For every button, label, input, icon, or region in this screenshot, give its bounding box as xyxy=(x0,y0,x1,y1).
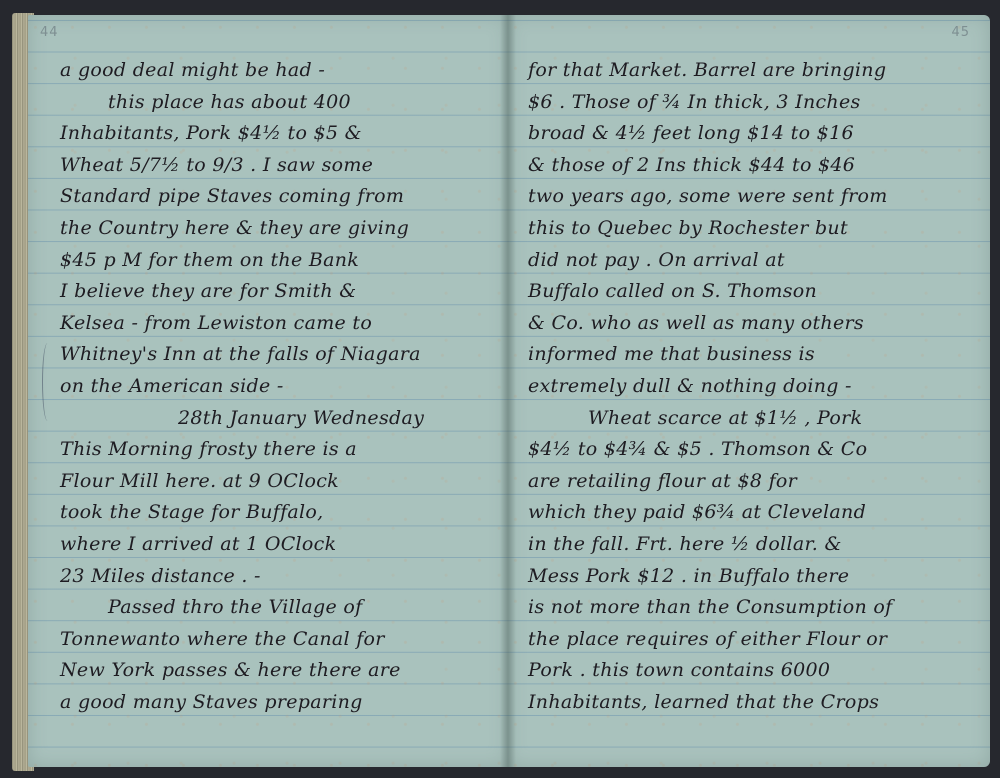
text-line: broad & 4½ feet long $14 to $16 xyxy=(508,118,990,150)
text-line: & those of 2 Ins thick $44 to $46 xyxy=(508,150,990,182)
page-number-left: 44 xyxy=(40,25,59,40)
text-line: took the Stage for Buffalo, xyxy=(28,497,508,529)
text-line: Tonnewanto where the Canal for xyxy=(28,624,508,656)
text-line: Standard pipe Staves coming from xyxy=(28,181,508,213)
text-line: Passed thro the Village of xyxy=(28,592,508,624)
text-line: are retailing flour at $8 for xyxy=(508,466,990,498)
left-page: 44 a good deal might be had - this place… xyxy=(28,15,508,767)
text-line: the Country here & they are giving xyxy=(28,213,508,245)
text-line: Inhabitants, learned that the Crops xyxy=(508,687,990,719)
binding-gutter xyxy=(500,15,516,767)
text-line: This Morning frosty there is a xyxy=(28,434,508,466)
text-line: & Co. who as well as many others xyxy=(508,308,990,340)
text-line: Pork . this town contains 6000 xyxy=(508,655,990,687)
text-line: this place has about 400 xyxy=(28,87,508,119)
text-line: Flour Mill here. at 9 OClock xyxy=(28,466,508,498)
page-number-right: 45 xyxy=(951,25,970,40)
text-line: $45 p M for them on the Bank xyxy=(28,245,508,277)
text-line: where I arrived at 1 OClock xyxy=(28,529,508,561)
right-page: 45 for that Market. Barrel are bringing … xyxy=(508,15,990,767)
text-line: $6 . Those of ¾ In thick, 3 Inches xyxy=(508,87,990,119)
text-line: which they paid $6¾ at Cleveland xyxy=(508,497,990,529)
date-heading: 28th January Wednesday xyxy=(28,403,508,435)
text-line: New York passes & here there are xyxy=(28,655,508,687)
text-line: extremely dull & nothing doing - xyxy=(508,371,990,403)
text-line: two years ago, some were sent from xyxy=(508,181,990,213)
text-line: Wheat scarce at $1½ , Pork xyxy=(508,403,990,435)
text-line: a good many Staves preparing xyxy=(28,687,508,719)
text-line: informed me that business is xyxy=(508,339,990,371)
text-line: the place requires of either Flour or xyxy=(508,624,990,656)
text-line: did not pay . On arrival at xyxy=(508,245,990,277)
text-line: Inhabitants, Pork $4½ to $5 & xyxy=(28,118,508,150)
text-line: $4½ to $4¾ & $5 . Thomson & Co xyxy=(508,434,990,466)
text-line: for that Market. Barrel are bringing xyxy=(508,55,990,87)
text-line: on the American side - xyxy=(28,371,508,403)
text-line: Wheat 5/7½ to 9/3 . I saw some xyxy=(28,150,508,182)
text-line: this to Quebec by Rochester but xyxy=(508,213,990,245)
left-page-text: a good deal might be had - this place ha… xyxy=(28,55,508,718)
open-notebook: 44 a good deal might be had - this place… xyxy=(6,5,996,773)
text-line: is not more than the Consumption of xyxy=(508,592,990,624)
text-line: I believe they are for Smith & xyxy=(28,276,508,308)
text-line: Whitney's Inn at the falls of Niagara xyxy=(28,339,508,371)
text-line: 23 Miles distance . - xyxy=(28,561,508,593)
right-page-text: for that Market. Barrel are bringing $6 … xyxy=(508,55,990,718)
text-line: Kelsea - from Lewiston came to xyxy=(28,308,508,340)
text-line: Mess Pork $12 . in Buffalo there xyxy=(508,561,990,593)
text-line: Buffalo called on S. Thomson xyxy=(508,276,990,308)
text-line: a good deal might be had - xyxy=(28,55,508,87)
text-line: in the fall. Frt. here ½ dollar. & xyxy=(508,529,990,561)
